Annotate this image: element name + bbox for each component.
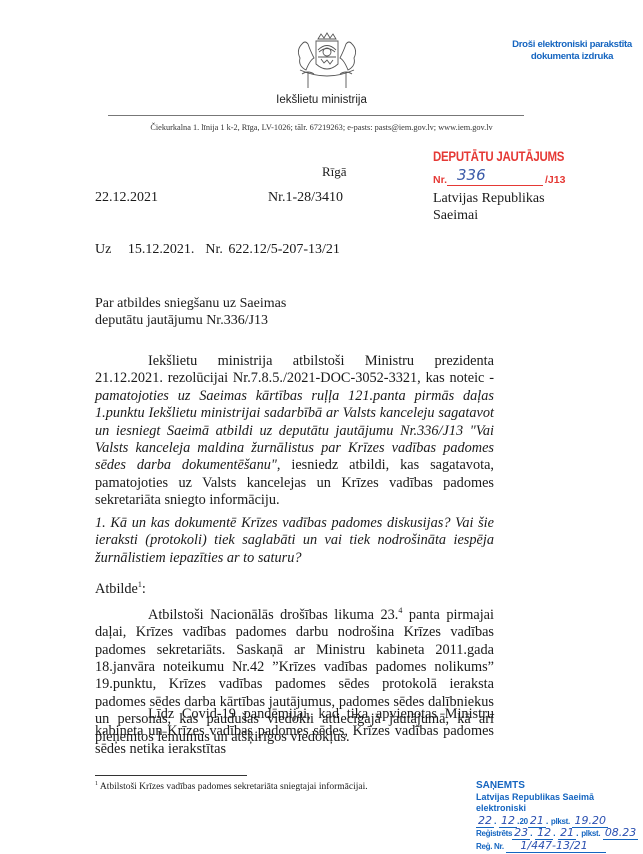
reference-prefix: Uz xyxy=(95,242,111,257)
letterhead-divider xyxy=(108,115,524,116)
reg-nr-row: Reģ. Nr. 1/447-13/21 xyxy=(476,840,641,853)
footnote-number: 1 xyxy=(95,781,98,787)
answer-label: Atbilde xyxy=(95,581,138,597)
question-1: 1. Kā un kas dokumentē Krīzes vadības pa… xyxy=(95,515,494,567)
reference-number: Nr. 622.12/5-207-13/21 xyxy=(205,242,340,257)
reg-nr-label: Reģ. Nr. xyxy=(476,842,504,851)
registration-number: Nr.1-28/3410 xyxy=(268,190,343,206)
ministry-address: Čiekurkalna 1. līnija 1 k-2, Rīga, LV-10… xyxy=(0,123,643,132)
e-signature-line1: Droši elektroniski parakstīta xyxy=(502,39,642,51)
subject-line2: deputātu jautājumu Nr.336/J13 xyxy=(95,312,286,329)
place: Rīgā xyxy=(322,164,347,180)
subject: Par atbildes sniegšanu uz Saeimas deputā… xyxy=(95,295,286,329)
registered-row: Reģistrēts23. 12. 21. plkst. 08.23 xyxy=(476,827,641,840)
paragraph-intro: Iekšlietu ministrija atbilstoši Ministru… xyxy=(95,353,494,510)
stamp-nr-label: Nr. xyxy=(433,174,447,186)
letter-date: 22.12.2021 xyxy=(95,190,158,206)
reference-line: Uz 15.12.2021. Nr. 622.12/5-207-13/21 xyxy=(95,242,340,258)
registered-label: Reģistrēts xyxy=(476,829,512,838)
stamp-suffix: /J13 xyxy=(545,174,565,186)
footnote-text: Atbilstoši Krīzes vadības padomes sekret… xyxy=(100,782,368,792)
footnote: 1 Atbilstoši Krīzes vadības padomes sekr… xyxy=(95,781,368,792)
received-day: 22 xyxy=(476,814,494,828)
answer-heading: Atbilde1: xyxy=(95,580,146,598)
stamp-title: DEPUTĀTU JAUTĀJUMS xyxy=(433,149,564,164)
addressee-line1: Latvijas Republikas xyxy=(433,190,545,207)
registered-year: 21 xyxy=(558,826,576,840)
e-signature-line2: dokumenta izdruka xyxy=(502,51,642,63)
reference-date: 15.12.2021. xyxy=(128,242,195,257)
registered-day: 23 xyxy=(512,826,530,840)
received-stamp-subtitle: Latvijas Republikas Saeimā elektroniski xyxy=(476,792,641,815)
registered-month: 12 xyxy=(535,826,553,840)
deputy-question-stamp: DEPUTĀTU JAUTĀJUMS Nr. 336 /J13 xyxy=(433,148,587,186)
subject-line1: Par atbildes sniegšanu uz Saeimas xyxy=(95,295,286,312)
e-signature-notice: Droši elektroniski parakstīta dokumenta … xyxy=(502,39,642,63)
received-year-prefix: 20 xyxy=(520,817,528,826)
registered-time-label: plkst. xyxy=(581,829,600,838)
stamp-nr-handwritten: 336 xyxy=(457,166,486,184)
addressee: Latvijas Republikas Saeimai xyxy=(433,190,545,224)
footnote-ref[interactable]: 1 xyxy=(138,580,142,589)
footnote-divider xyxy=(95,775,247,776)
paragraph-covid: Līdz Covid-19 pandēmijai, kad tika apvie… xyxy=(95,706,494,758)
registered-time: 08.23 xyxy=(603,826,639,840)
received-stamp-title: SAŅEMTS xyxy=(476,780,641,792)
received-stamp: SAŅEMTS Latvijas Republikas Saeimā elekt… xyxy=(476,780,641,852)
coat-of-arms-icon xyxy=(288,30,366,92)
ministry-name: Iekšlietu ministrija xyxy=(0,94,643,106)
paragraph-intro-start: Iekšlietu ministrija atbilstoši Ministru… xyxy=(95,353,494,386)
addressee-line2: Saeimai xyxy=(433,207,545,224)
received-time-label: plkst. xyxy=(551,817,570,826)
paragraph-answer-part1: Atbilstoši Nacionālās drošības likuma 23… xyxy=(148,607,398,623)
reg-nr: 1/447-13/21 xyxy=(506,839,605,853)
